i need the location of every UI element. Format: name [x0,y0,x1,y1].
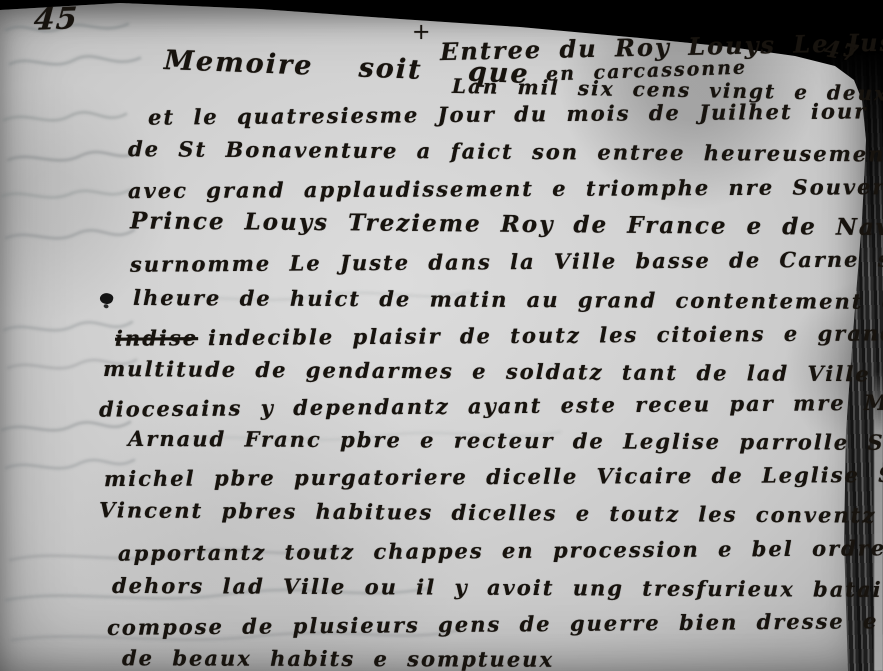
manuscript-line-13: apportantz toutz chappes en procession e… [118,535,883,565]
manuscript-line-7-rest: indecible plaisir de toutz les citoiens … [208,320,883,350]
manuscript-line-3: avec grand applaudissement e triomphe nr… [128,174,883,203]
struck-word: indise [115,325,198,351]
manuscript-line-11: michel pbre purgatoriere dicelle Vicaire… [104,462,883,491]
manuscript-scan: 45 + Entree du Roy Louys Le Juste 47 en … [0,0,883,671]
manuscript-line-14: dehors lad Ville ou il y avoit ung tresf… [112,573,883,602]
manuscript-line-7: indiseindecible plaisir de toutz les cit… [115,320,883,350]
cross-mark-icon: + [412,20,432,45]
manuscript-line-10: Arnaud Franc pbre e recteur de Leglise p… [128,426,883,455]
folio-number-left: 45 [33,1,79,38]
manuscript-line-16: de beaux habits e somptueux [122,645,554,671]
manuscript-line-5: surnomme Le Juste dans la Ville basse de… [130,246,883,277]
manuscript-line-6: lheure de huict de matin au grand conten… [133,285,883,314]
folio-number-right: 47 [822,35,862,68]
